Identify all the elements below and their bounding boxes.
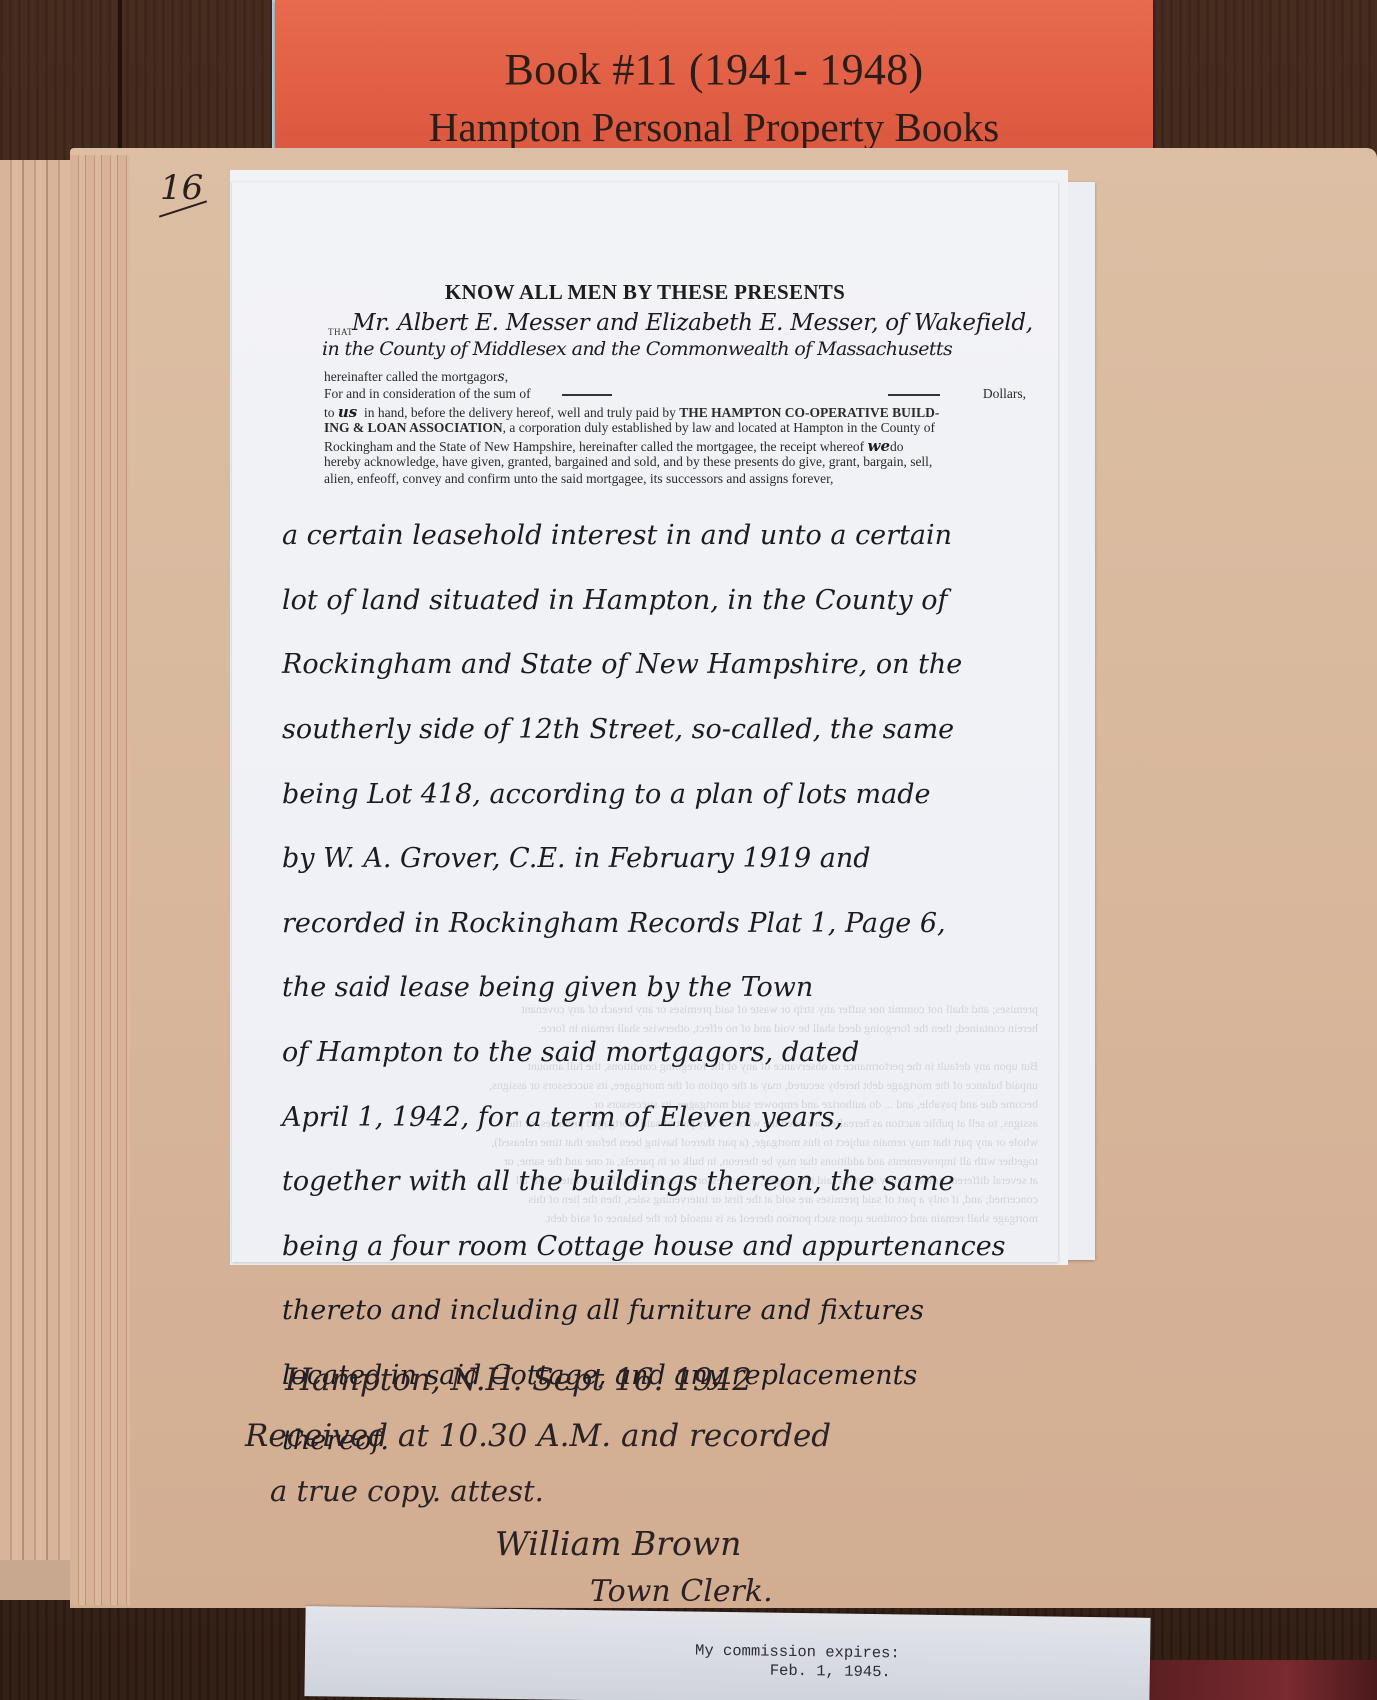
dollars-label: Dollars, <box>983 386 1026 402</box>
description-line: lot of land situated in Hampton, in the … <box>282 585 1052 617</box>
recording-attest: a true copy. attest. <box>270 1474 544 1508</box>
description-line: being a four room Cottage house and appu… <box>282 1231 1052 1263</box>
us-hand: us <box>338 403 357 421</box>
red-book-cover <box>1150 1660 1377 1700</box>
deed-printed-line-6: hereby acknowledge, have given, granted,… <box>324 454 932 470</box>
bleed-line <box>262 1038 1038 1057</box>
deed-title: KNOW ALL MEN BY THESE PRESENTS <box>232 280 1058 305</box>
association-name-part1: THE HAMPTON CO-OPERATIVE BUILD- <box>679 405 939 420</box>
bleed-line: together with all improvements and addit… <box>262 1152 1038 1171</box>
description-line: thereto and including all furniture and … <box>282 1295 1052 1327</box>
mortgagor-plural-hand: s <box>498 369 505 385</box>
grantors-line-2: in the County of Middlesex and the Commo… <box>322 338 952 360</box>
commission-expiry-date: Feb. 1, 1945. <box>770 1662 891 1682</box>
description-line: by W. A. Grover, C.E. in February 1919 a… <box>282 843 1052 875</box>
bleed-line: become due and payable, and ... do autho… <box>262 1095 1038 1114</box>
ledger-page-edges <box>70 155 130 1605</box>
bleed-line: premises; and shall not commit nor suffe… <box>262 1000 1038 1019</box>
to-text: to <box>324 405 335 420</box>
bleed-line: unpaid balance of the mortgage debt here… <box>262 1076 1038 1095</box>
deed-printed-line-1: hereinafter called the mortgagors, <box>324 369 508 385</box>
book-volume-title: Book #11 (1941- 1948) <box>275 44 1153 95</box>
ledger-page-number: 16 <box>160 168 203 208</box>
payment-text: in hand, before the delivery hereof, wel… <box>364 405 676 420</box>
deed-printed-line-4: ING & LOAN ASSOCIATION, a corporation du… <box>324 420 935 436</box>
typed-slip: My commission expires: Feb. 1, 1945. <box>304 1606 1150 1700</box>
table-seam <box>118 0 122 150</box>
we-hand: we <box>868 437 890 455</box>
bleed-through-text: premises; and shall not commit nor suffe… <box>262 1000 1038 1228</box>
description-line: recorded in Rockingham Records Plat 1, P… <box>282 908 1052 940</box>
grantors-line-1: Mr. Albert E. Messer and Elizabeth E. Me… <box>352 310 1033 336</box>
description-line: a certain leasehold interest in and unto… <box>282 520 1052 552</box>
receipt-text: Rockingham and the State of New Hampshir… <box>324 439 864 454</box>
clerk-title: Town Clerk. <box>590 1574 773 1609</box>
consideration-text: For and in consideration of the sum of <box>324 386 531 401</box>
deed-printed-line-7: alien, enfeoff, convey and confirm unto … <box>324 471 833 487</box>
deed-printed-line-3: to us in hand, before the delivery hereo… <box>324 403 939 421</box>
bleed-line: assigns, to sell at public auction as he… <box>262 1114 1038 1133</box>
mortgagor-text: hereinafter called the mortgagor <box>324 369 498 384</box>
description-line: southerly side of 12th Street, so-called… <box>282 714 1052 746</box>
bleed-line: concerned; and, if only a part of said p… <box>262 1190 1038 1209</box>
that-label: THAT <box>328 327 353 337</box>
amount-dash-right <box>888 394 940 396</box>
recording-place-date: Hampton, N.H. Sept 16. 1942 <box>285 1362 752 1398</box>
do-text: do <box>890 439 904 454</box>
recording-received-time: Received at 10.30 A.M. and recorded <box>245 1418 831 1454</box>
clerk-signature: William Brown <box>495 1524 741 1563</box>
comma: , <box>505 369 508 384</box>
corporation-text: , a corporation duly established by law … <box>503 420 935 435</box>
description-line: Rockingham and State of New Hampshire, o… <box>282 649 1052 681</box>
bleed-line: But upon any default in the performance … <box>262 1057 1038 1076</box>
bleed-line: herein contained; then the foregoing dee… <box>262 1019 1038 1038</box>
bleed-line: mortgage shall remain and continue upon … <box>262 1209 1038 1228</box>
commission-expires-label: My commission expires: <box>695 1642 900 1663</box>
mortgage-deed: KNOW ALL MEN BY THESE PRESENTS THAT Mr. … <box>232 182 1058 1262</box>
bleed-line: whole or any part that may remain subjec… <box>262 1133 1038 1152</box>
association-name-part2: ING & LOAN ASSOCIATION <box>324 420 503 435</box>
description-line: being Lot 418, according to a plan of lo… <box>282 779 1052 811</box>
property-description-handwritten: a certain leasehold interest in and unto… <box>282 488 1052 1489</box>
deed-printed-line-5: Rockingham and the State of New Hampshir… <box>324 437 904 455</box>
book-collection-title: Hampton Personal Property Books <box>275 103 1153 151</box>
amount-dash-left <box>562 394 612 396</box>
book-label-sheet: Book #11 (1941- 1948) Hampton Personal P… <box>275 0 1153 160</box>
bleed-line: at several different times, as may seem … <box>262 1171 1038 1190</box>
